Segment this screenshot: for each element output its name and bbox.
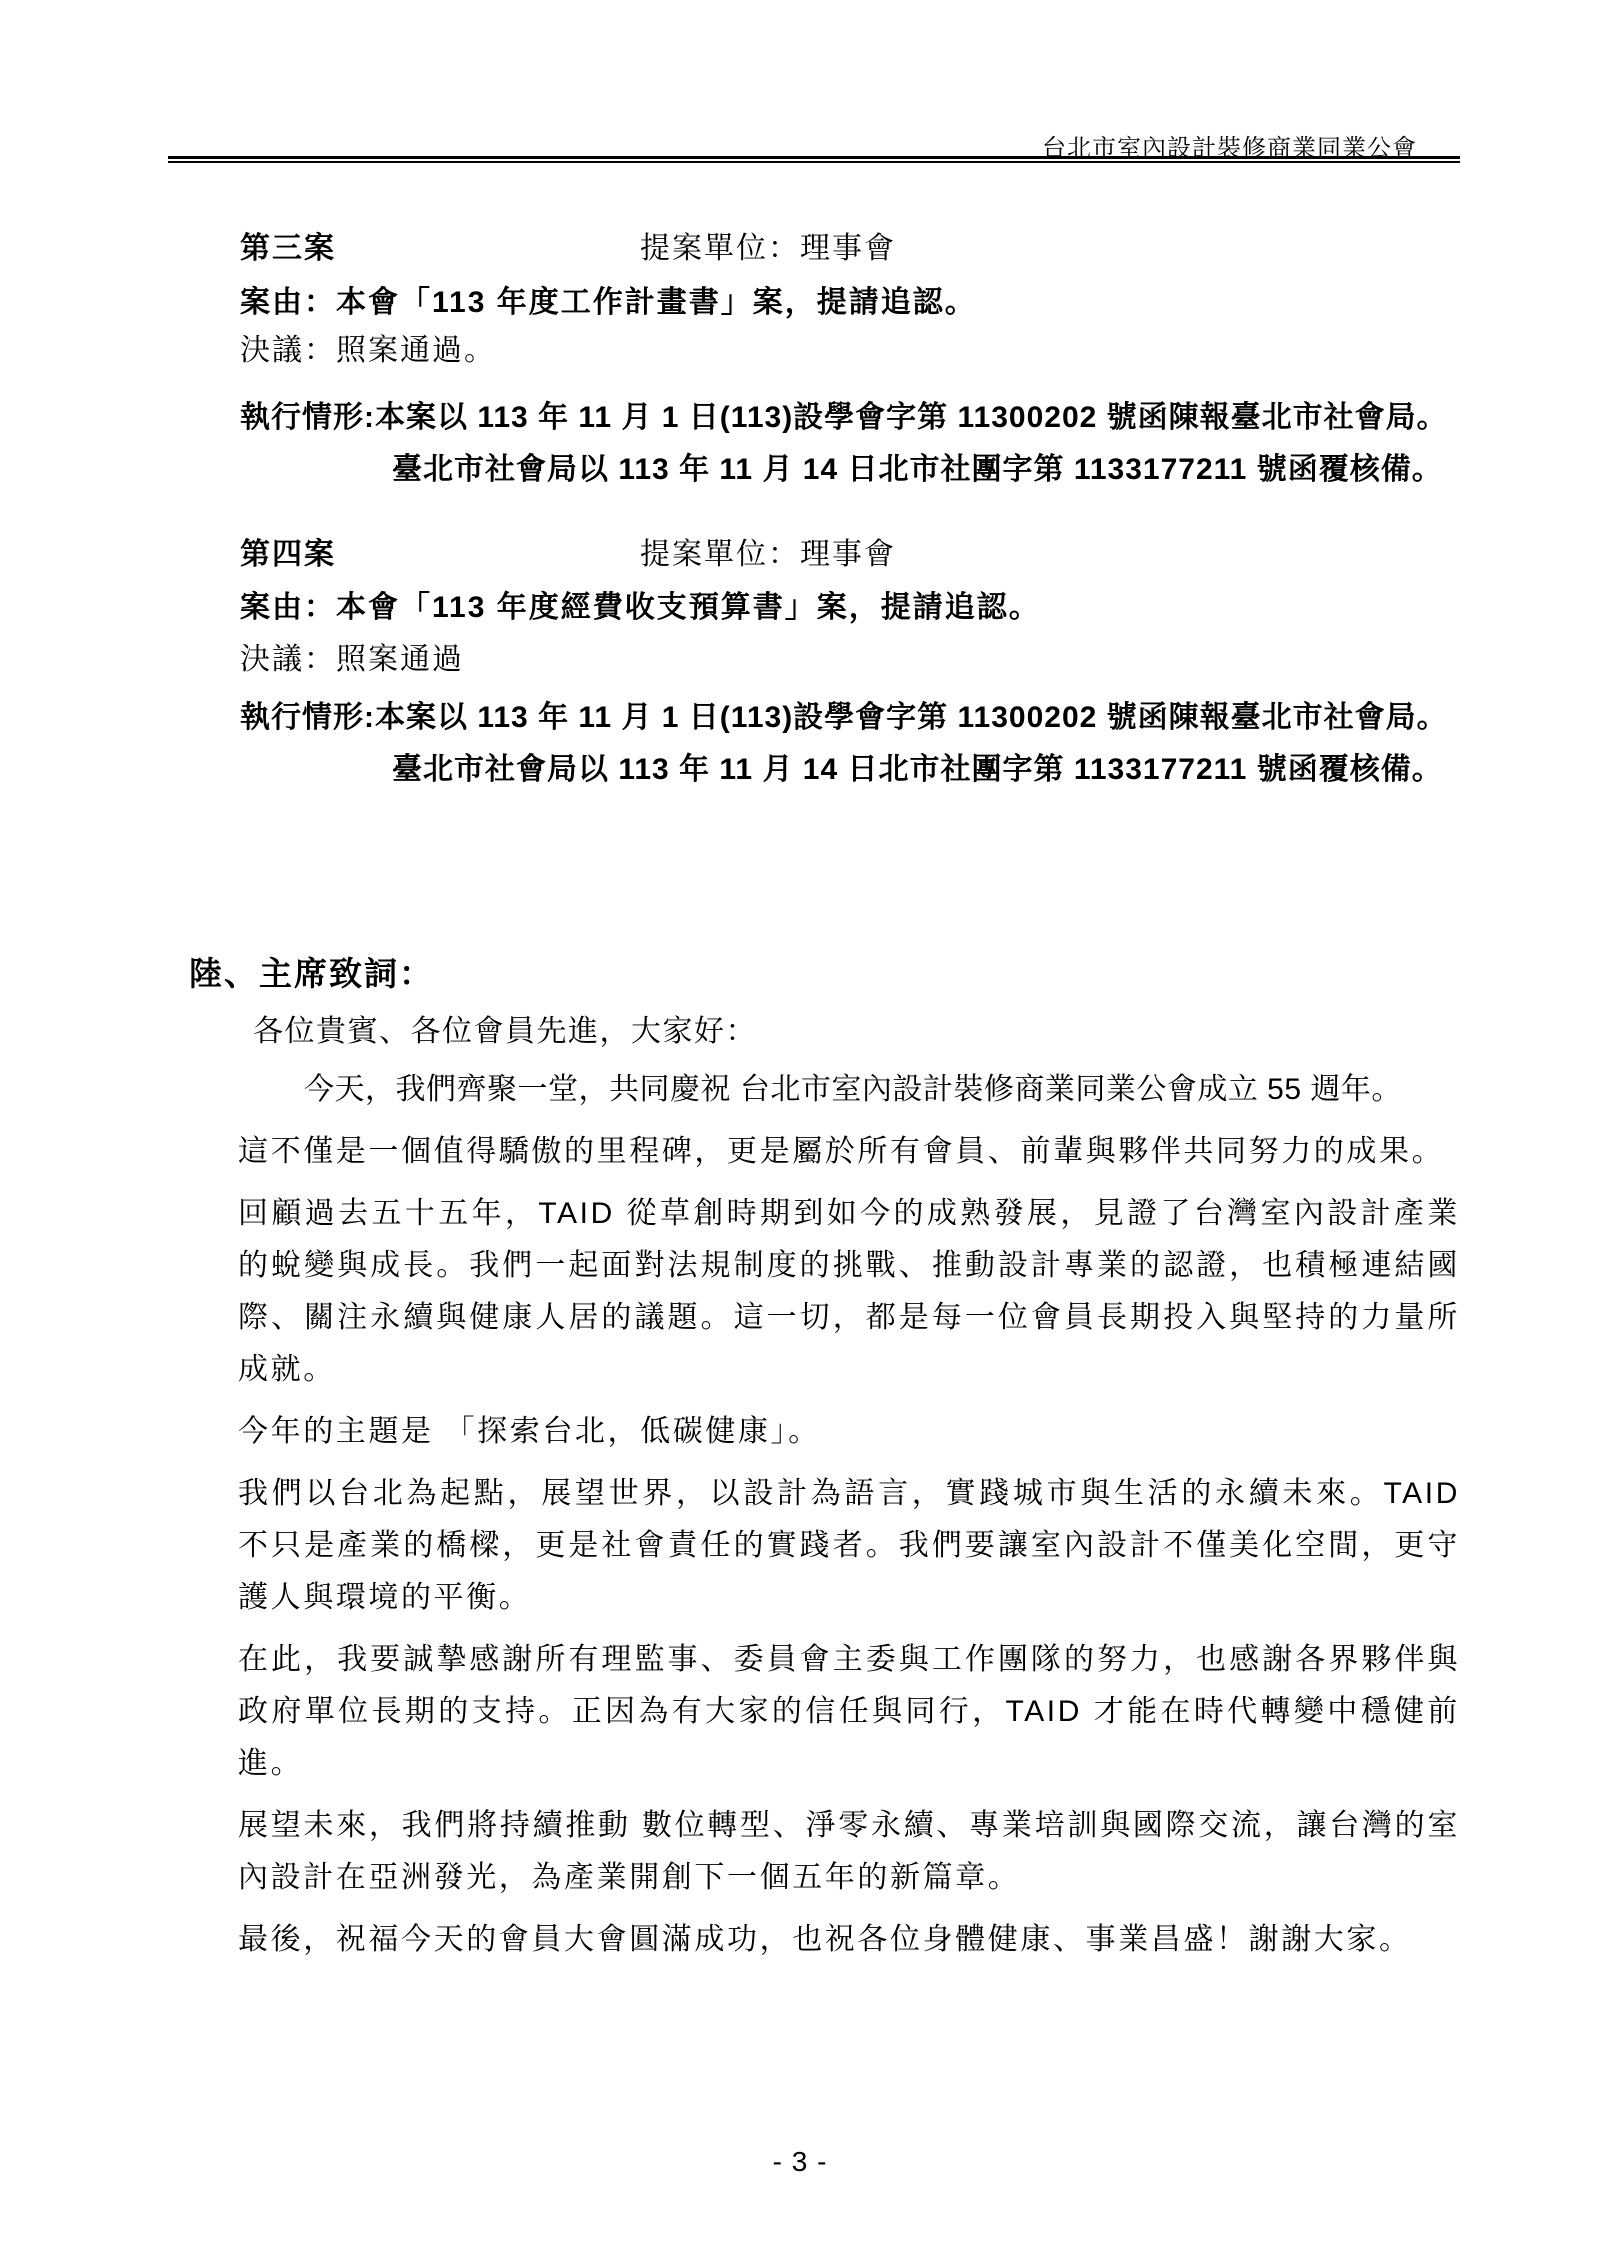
- case-4-execution-line2: 臺北市社會局以 113 年 11 月 14 日北市社團字第 1133177211…: [392, 753, 1443, 786]
- speech-paragraph: 回顧過去五十五年，TAID 從草創時期到如今的成熟發展，見證了台灣室內設計產業的…: [238, 1188, 1460, 1396]
- speech-body: 今天，我們齊聚一堂，共同慶祝 台北市室內設計裝修商業同業公會成立 55 週年。 …: [238, 1064, 1460, 1976]
- case-4-title-line: 第四案提案單位：理事會: [240, 538, 896, 573]
- case-4-number: 第四案: [240, 538, 640, 573]
- case-4-execution-line1: 本案以 113 年 11 月 1 日(113)設學會字第 11300202 號函…: [375, 701, 1448, 734]
- case-3-title-line: 第三案提案單位：理事會: [240, 232, 896, 267]
- header-rule: [168, 156, 1460, 163]
- case-3-resolution: 決議：照案通過。: [240, 334, 496, 369]
- case-3-proposer: 提案單位：理事會: [640, 232, 896, 265]
- case-3-number: 第三案: [240, 232, 640, 267]
- case-3-execution-line2: 臺北市社會局以 113 年 11 月 14 日北市社團字第 1133177211…: [392, 453, 1443, 486]
- speech-paragraph: 在此，我要誠摯感謝所有理監事、委員會主委與工作團隊的努力，也感謝各界夥伴與政府單…: [238, 1634, 1460, 1790]
- speech-paragraph: 展望未來，我們將持續推動 數位轉型、淨零永續、專業培訓與國際交流，讓台灣的室內設…: [238, 1800, 1460, 1904]
- case-4-execution-label: 執行情形:: [240, 701, 375, 734]
- case-4-subject: 案由：本會「113 年度經費收支預算書」案，提請追認。: [240, 591, 1041, 626]
- speech-section-heading: 陸、主席致詞：: [189, 948, 434, 995]
- case-4-execution: 執行情形:本案以 113 年 11 月 1 日(113)設學會字第 113002…: [240, 692, 1448, 796]
- speech-paragraph: 今天，我們齊聚一堂，共同慶祝 台北市室內設計裝修商業同業公會成立 55 週年。: [238, 1064, 1460, 1116]
- case-3-execution: 執行情形:本案以 113 年 11 月 1 日(113)設學會字第 113002…: [240, 392, 1448, 496]
- speech-paragraph: 我們以台北為起點，展望世界，以設計為語言，實踐城市與生活的永續未來。TAID 不…: [238, 1468, 1460, 1624]
- case-4-resolution: 決議：照案通過: [240, 643, 464, 678]
- speech-paragraph: 今年的主題是 「探索台北，低碳健康」。: [238, 1406, 1460, 1458]
- case-3-subject: 案由：本會「113 年度工作計畫書」案，提請追認。: [240, 286, 977, 321]
- speech-paragraph: 這不僅是一個值得驕傲的里程碑，更是屬於所有會員、前輩與夥伴共同努力的成果。: [238, 1126, 1460, 1178]
- page-number: - 3 -: [0, 2146, 1600, 2178]
- speech-greeting: 各位貴賓、各位會員先進，大家好：: [253, 1006, 757, 1050]
- case-3-execution-line1: 本案以 113 年 11 月 1 日(113)設學會字第 11300202 號函…: [375, 401, 1448, 434]
- document-page: 台北市室內設計裝修商業同業公會 第三案提案單位：理事會 案由：本會「113 年度…: [0, 0, 1600, 2263]
- case-4-proposer: 提案單位：理事會: [640, 538, 896, 571]
- speech-paragraph: 最後，祝福今天的會員大會圓滿成功，也祝各位身體健康、事業昌盛！謝謝大家。: [238, 1914, 1460, 1966]
- case-3-execution-label: 執行情形:: [240, 401, 375, 434]
